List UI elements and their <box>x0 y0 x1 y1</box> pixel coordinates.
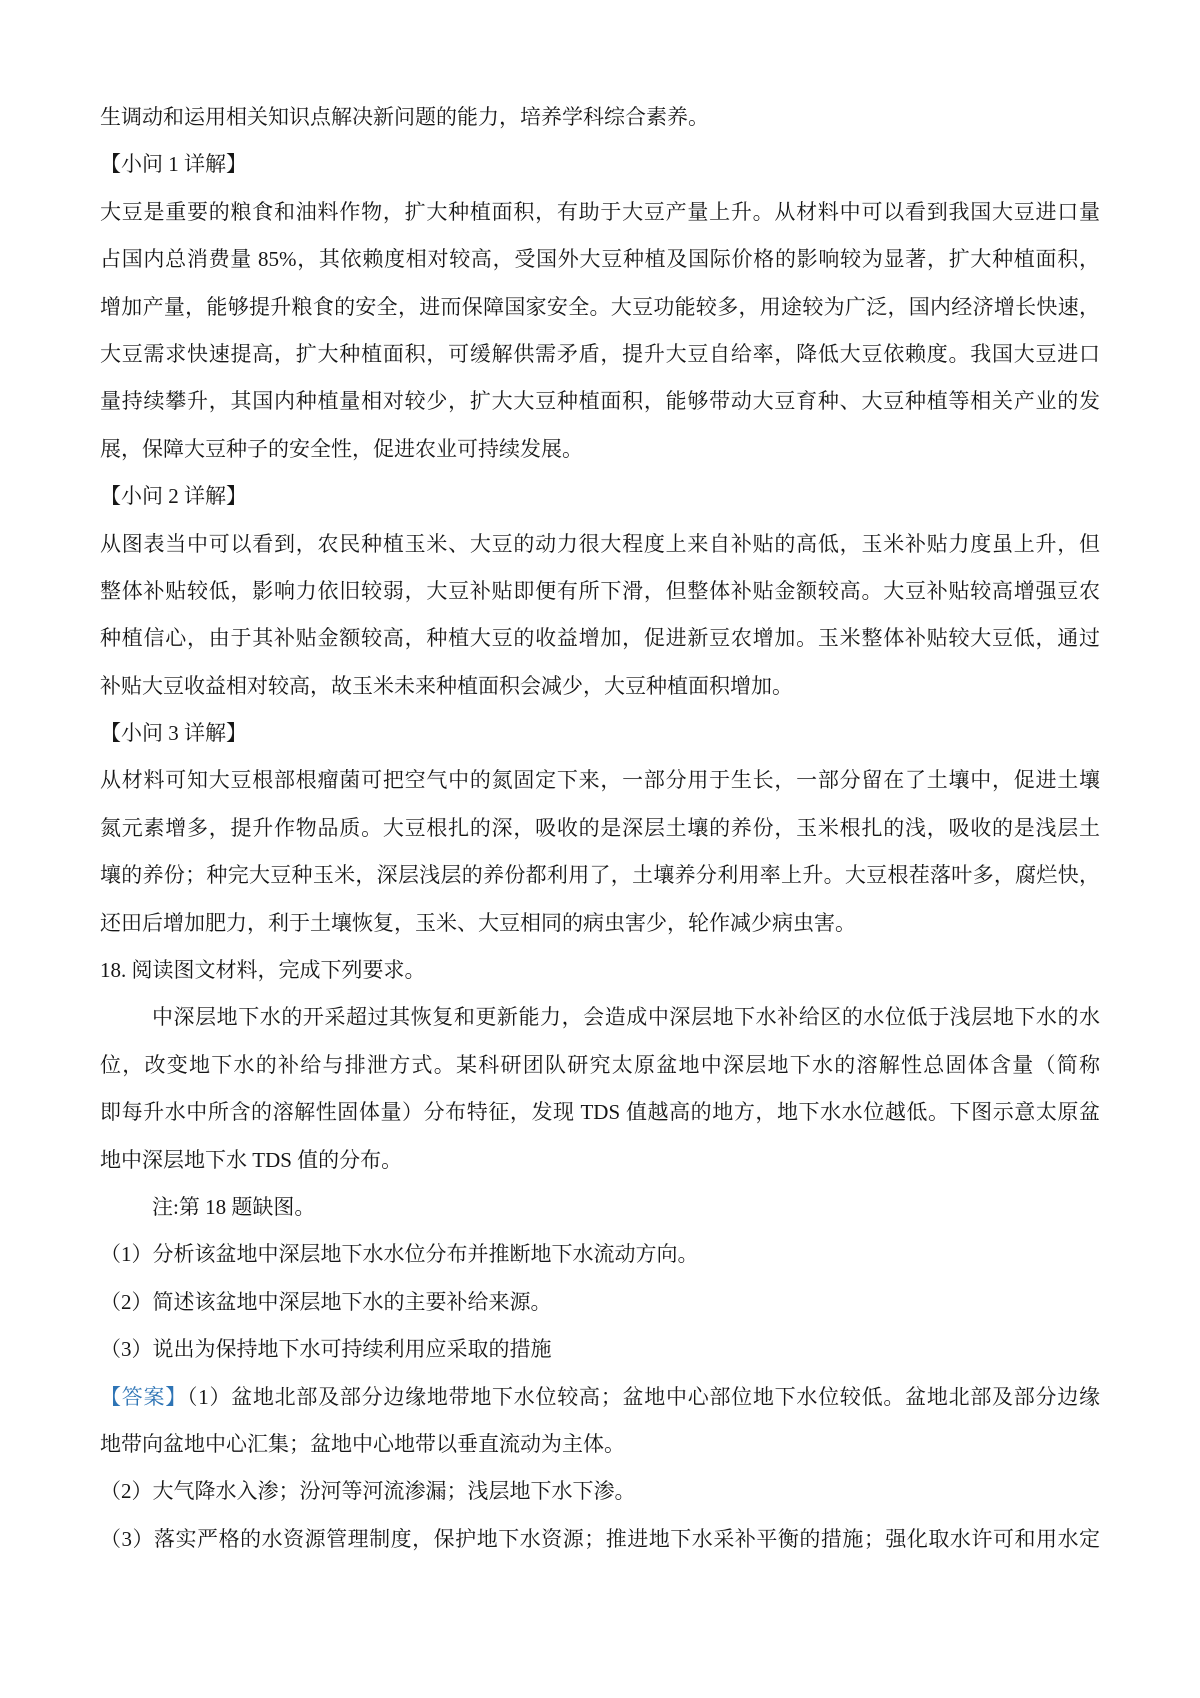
text-segment: 中深层地下水的开采超过其恢复和更新能力，会造成中深层地下水补给区的水位低于浅层地… <box>152 1005 1100 1029</box>
subquestion-1-analysis-line-6: 展，保障大豆种子的安全性，促进农业可持续发展。 <box>100 426 1100 473</box>
document-page: 生调动和运用相关知识点解决新问题的能力，培养学科综合素养。【小问 1 详解】大豆… <box>100 94 1100 1563</box>
subquestion-2-analysis-line-2: 整体补贴较低，影响力依旧较弱，大豆补贴即便有所下滑，但整体补贴金额较高。大豆补贴… <box>100 568 1100 615</box>
text-segment: 位，改变地下水的补给与排泄方式。某科研团队研究太原盆地中深层地下水的溶解性总固体… <box>100 1053 1100 1089</box>
text-segment: 氮元素增多，提升作物品质。大豆根扎的深，吸收的是深层土壤的养份，玉米根扎的浅，吸… <box>100 816 1100 840</box>
text-segment: 占国内总消费量 85%，其依赖度相对较高，受国外大豆种植及国际价格的影响较为显著… <box>100 247 1100 271</box>
text-segment: （2）简述该盆地中深层地下水的主要补给来源。 <box>100 1290 552 1314</box>
subquestion-2-analysis-line-3: 种植信心，由于其补贴金额较高，种植大豆的收益增加，促进新豆农增加。玉米整体补贴较… <box>100 615 1100 662</box>
text-segment: （3）说出为保持地下水可持续利用应采取的措施 <box>100 1337 552 1361</box>
text-segment: 地中深层地下水 TDS 值的分布。 <box>100 1148 402 1172</box>
question-18-part-1: （1）分析该盆地中深层地下水水位分布并推断地下水流动方向。 <box>100 1231 1100 1278</box>
text-segment: 增加产量，能够提升粮食的安全，进而保障国家安全。大豆功能较多，用途较为广泛，国内… <box>100 295 1100 319</box>
question-18-part-3: （3）说出为保持地下水可持续利用应采取的措施 <box>100 1326 1100 1373</box>
text-segment: 从图表当中可以看到，农民种植玉米、大豆的动力很大程度上来自补贴的高低，玉米补贴力… <box>100 532 1100 556</box>
text-segment: （3）落实严格的水资源管理制度，保护地下水资源；推进地下水采补平衡的措施；强化取… <box>100 1527 1100 1551</box>
subquestion-3-analysis-line-3: 壤的养份；种完大豆种玉米，深层浅层的养份都利用了，土壤养分利用率上升。大豆根茬落… <box>100 852 1100 899</box>
answer-line-1: 【答案】（1）盆地北部及部分边缘地带地下水位较高；盆地中心部位地下水位较低。盆地… <box>100 1374 1100 1421</box>
text-segment: （1）分析该盆地中深层地下水水位分布并推断地下水流动方向。 <box>100 1242 699 1266</box>
answer-part-2: （2）大气降水入渗；汾河等河流渗漏；浅层地下水下渗。 <box>100 1468 1100 1515</box>
text-segment: 展，保障大豆种子的安全性，促进农业可持续发展。 <box>100 437 583 461</box>
text-segment: 量持续攀升，其国内种植量相对较少，扩大大豆种植面积，能够带动大豆育种、大豆种植等… <box>100 389 1100 413</box>
text-segment: 大豆需求快速提高，扩大种植面积，可缓解供需矛盾，提升大豆自给率，降低大豆依赖度。… <box>100 342 1100 366</box>
subquestion-3-analysis-line-2: 氮元素增多，提升作物品质。大豆根扎的深，吸收的是深层土壤的养份，玉米根扎的浅，吸… <box>100 805 1100 852</box>
text-segment: （2）大气降水入渗；汾河等河流渗漏；浅层地下水下渗。 <box>100 1479 636 1503</box>
text-segment: 【小问 1 详解】 <box>100 152 247 176</box>
subquestion-2-analysis-line-1: 从图表当中可以看到，农民种植玉米、大豆的动力很大程度上来自补贴的高低，玉米补贴力… <box>100 521 1100 568</box>
text-segment: 从材料可知大豆根部根瘤菌可把空气中的氮固定下来，一部分用于生长，一部分留在了土壤… <box>100 768 1100 792</box>
question-18-material-line-1: 中深层地下水的开采超过其恢复和更新能力，会造成中深层地下水补给区的水位低于浅层地… <box>100 994 1100 1041</box>
answer-label: 【答案】 <box>100 1385 187 1409</box>
text-segment: 壤的养份；种完大豆种玉米，深层浅层的养份都利用了，土壤养分利用率上升。大豆根茬落… <box>100 863 1100 887</box>
subquestion-2-heading: 【小问 2 详解】 <box>100 473 1100 520</box>
subquestion-3-analysis-line-1: 从材料可知大豆根部根瘤菌可把空气中的氮固定下来，一部分用于生长，一部分留在了土壤… <box>100 757 1100 804</box>
prev-page-continuation-line: 生调动和运用相关知识点解决新问题的能力，培养学科综合素养。 <box>100 94 1100 141</box>
subquestion-3-analysis-line-4: 还田后增加肥力，利于土壤恢复，玉米、大豆相同的病虫害少，轮作减少病虫害。 <box>100 900 1100 947</box>
text-segment: 生调动和运用相关知识点解决新问题的能力，培养学科综合素养。 <box>100 105 709 129</box>
subquestion-1-heading: 【小问 1 详解】 <box>100 141 1100 188</box>
answer-part-3: （3）落实严格的水资源管理制度，保护地下水资源；推进地下水采补平衡的措施；强化取… <box>100 1516 1100 1563</box>
question-18-material-line-2: 位，改变地下水的补给与排泄方式。某科研团队研究太原盆地中深层地下水的溶解性总固体… <box>100 1042 1100 1089</box>
question-18-material-line-3: 即每升水中所含的溶解性固体量）分布特征，发现 TDS 值越高的地方，地下水水位越… <box>100 1089 1100 1136</box>
text-segment: 即每升水中所含的溶解性固体量）分布特征，发现 TDS 值越高的地方，地下水水位越… <box>100 1100 1100 1124</box>
text-segment: 18. 阅读图文材料，完成下列要求。 <box>100 958 426 982</box>
subquestion-2-analysis-line-4: 补贴大豆收益相对较高，故玉米未来种植面积会减少，大豆种植面积增加。 <box>100 663 1100 710</box>
text-segment: （1）盆地北部及部分边缘地带地下水位较高；盆地中心部位地下水位较低。盆地北部及部… <box>187 1385 1100 1409</box>
text-segment: 整体补贴较低，影响力依旧较弱，大豆补贴即便有所下滑，但整体补贴金额较高。大豆补贴… <box>100 579 1100 603</box>
answer-line-2: 地带向盆地中心汇集；盆地中心地带以垂直流动为主体。 <box>100 1421 1100 1468</box>
subquestion-1-analysis-line-1: 大豆是重要的粮食和油料作物，扩大种植面积，有助于大豆产量上升。从材料中可以看到我… <box>100 189 1100 236</box>
missing-figure-note: 注:第 18 题缺图。 <box>100 1184 1100 1231</box>
subquestion-1-analysis-line-2: 占国内总消费量 85%，其依赖度相对较高，受国外大豆种植及国际价格的影响较为显著… <box>100 236 1100 283</box>
text-segment: 补贴大豆收益相对较高，故玉米未来种植面积会减少，大豆种植面积增加。 <box>100 674 793 698</box>
subquestion-1-analysis-line-5: 量持续攀升，其国内种植量相对较少，扩大大豆种植面积，能够带动大豆育种、大豆种植等… <box>100 378 1100 425</box>
text-segment: 地带向盆地中心汇集；盆地中心地带以垂直流动为主体。 <box>100 1432 625 1456</box>
text-segment: 【小问 2 详解】 <box>100 484 247 508</box>
question-18-stem: 18. 阅读图文材料，完成下列要求。 <box>100 947 1100 994</box>
subquestion-1-analysis-line-3: 增加产量，能够提升粮食的安全，进而保障国家安全。大豆功能较多，用途较为广泛，国内… <box>100 284 1100 331</box>
question-18-material-line-4: 地中深层地下水 TDS 值的分布。 <box>100 1137 1100 1184</box>
question-18-part-2: （2）简述该盆地中深层地下水的主要补给来源。 <box>100 1279 1100 1326</box>
text-segment: 大豆是重要的粮食和油料作物，扩大种植面积，有助于大豆产量上升。从材料中可以看到我… <box>100 200 1100 224</box>
subquestion-3-heading: 【小问 3 详解】 <box>100 710 1100 757</box>
text-segment: 【小问 3 详解】 <box>100 721 247 745</box>
text-segment: 种植信心，由于其补贴金额较高，种植大豆的收益增加，促进新豆农增加。玉米整体补贴较… <box>100 626 1100 650</box>
subquestion-1-analysis-line-4: 大豆需求快速提高，扩大种植面积，可缓解供需矛盾，提升大豆自给率，降低大豆依赖度。… <box>100 331 1100 378</box>
text-segment: 还田后增加肥力，利于土壤恢复，玉米、大豆相同的病虫害少，轮作减少病虫害。 <box>100 911 856 935</box>
text-segment: 注:第 18 题缺图。 <box>152 1195 315 1219</box>
